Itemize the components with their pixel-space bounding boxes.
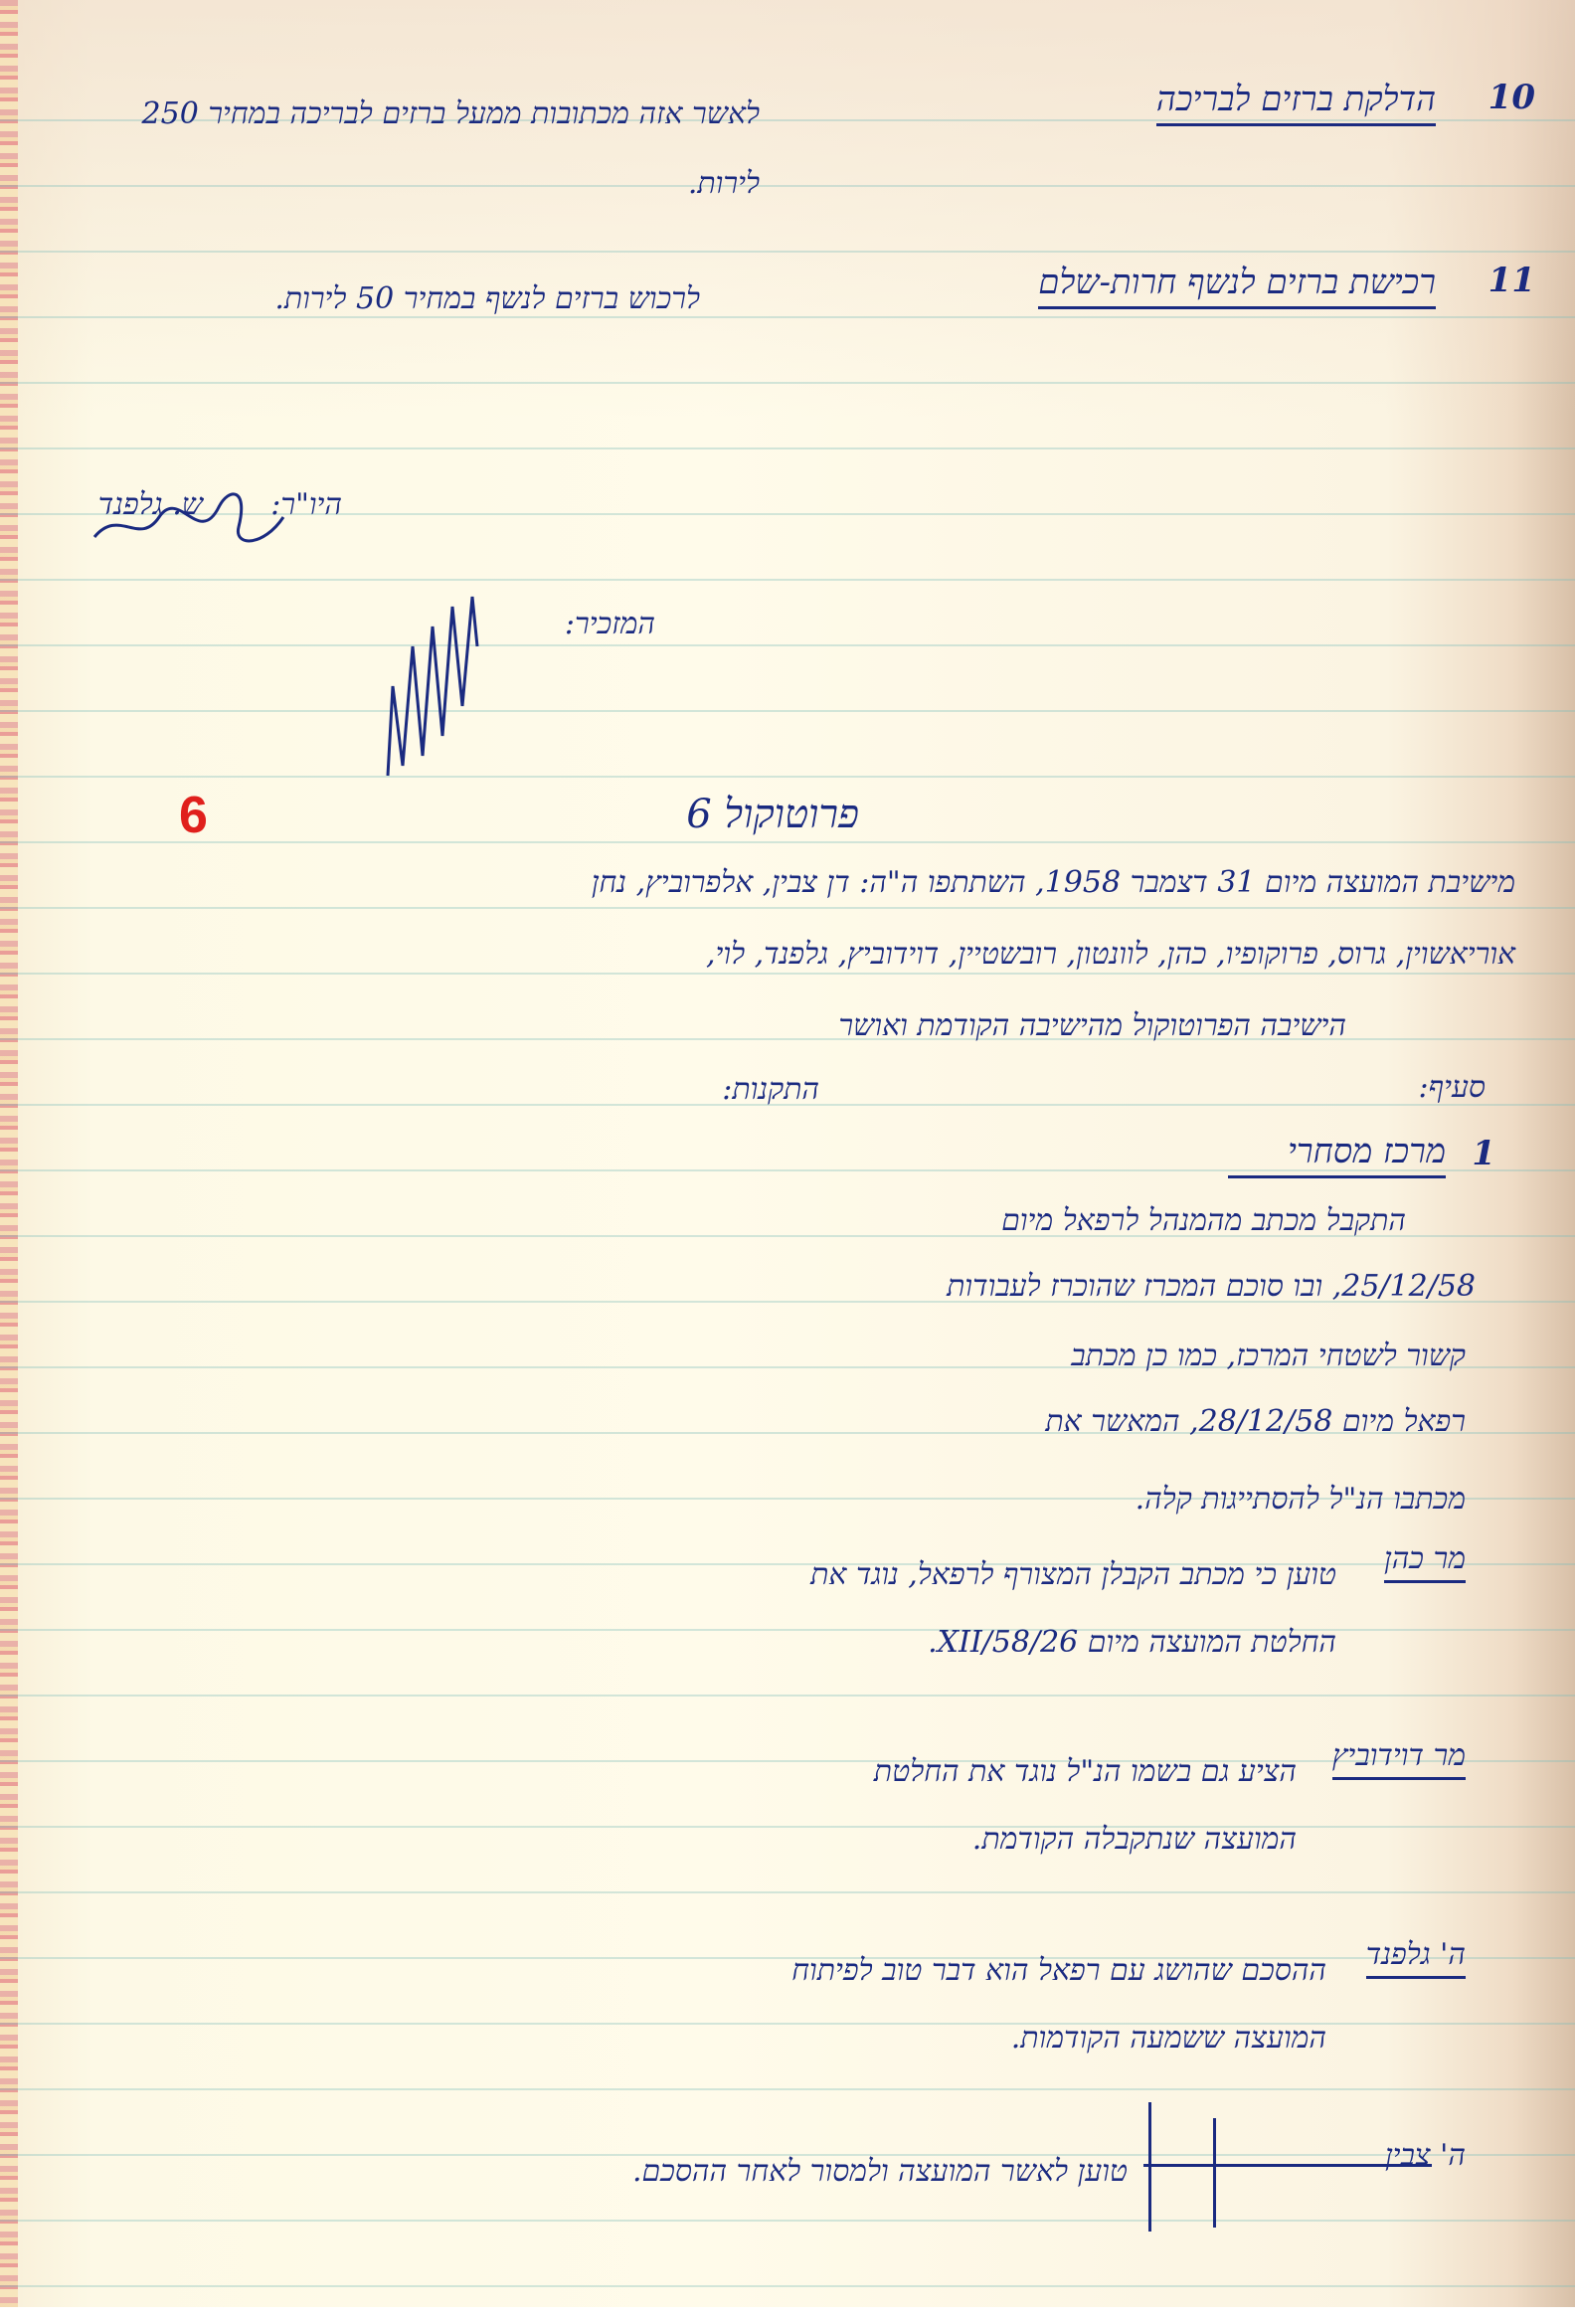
margin-rule-line — [1148, 2102, 1151, 2232]
remark-3-text: ההסכם שהושג עם רפאל הוא דבר טוב לפיתוח ה… — [770, 1937, 1326, 2072]
remark-4-text: טוען לאשר המועצה ולמסור לאחר ההסכם. — [571, 2138, 1128, 2206]
item-1-paragraph-3: קשור לשטחי המרכז, כמו כן מכתב — [1071, 1339, 1466, 1373]
remark-4-underline — [1143, 2164, 1432, 2167]
ruled-line — [0, 1891, 1575, 1893]
opening-line-4: התקנות: — [722, 1072, 819, 1107]
remark-4-speaker: ה' צבין — [1385, 2138, 1466, 2173]
margin-rule-line — [1213, 2118, 1216, 2228]
ruled-line — [0, 776, 1575, 778]
remark-1-text: טוען כי מכתב הקבלן המצורף לרפאל, נוגד את… — [780, 1541, 1336, 1677]
item-1-paragraph-5: מכתבו הנ"ל להסתייגות קלה. — [1136, 1482, 1466, 1517]
ruled-line — [0, 251, 1575, 253]
remark-3-speaker: ה' גלפנד — [1366, 1937, 1466, 1979]
item-1-paragraph-2: 25/12/58, ובו סוכם המכרז שהוכרז לעבודות — [947, 1269, 1476, 1304]
ruled-line — [0, 644, 1575, 646]
item-10-topic: הדלקת ברזים לבריכה — [1156, 80, 1436, 126]
scan-bottom-margin — [0, 2307, 1575, 2324]
protocol-title: פרוטוקול 6 — [686, 791, 859, 837]
ruled-line — [0, 579, 1575, 581]
item-11-decision: לרכוש ברזים לנשף במחיר 50 לירות. — [143, 265, 700, 334]
remark-1-speaker: מר כהן — [1384, 1541, 1466, 1583]
chair-signature-icon — [89, 477, 288, 557]
item-1-title: מרכז מסחרי — [1228, 1132, 1446, 1178]
opening-line-1: מישיבת המועצה מיום 31 דצמבר 1958, השתתפו… — [592, 865, 1515, 900]
notebook-binding-edge — [0, 0, 18, 2307]
item-10-decision: לאשר אזה מכתובות ממעל ברזים לבריכה במחיר… — [64, 80, 760, 219]
ruled-line — [0, 2088, 1575, 2090]
opening-line-3: הישיבה הפרוטוקול מהישיבה הקודמת ואושר — [838, 1008, 1346, 1043]
notebook-page: 10 הדלקת ברזים לבריכה לאשר אזה מכתובות מ… — [0, 0, 1575, 2307]
secretary-label: המזכיר: — [565, 607, 655, 641]
ruled-line — [0, 2220, 1575, 2222]
ruled-line — [0, 447, 1575, 449]
ruled-line — [0, 841, 1575, 843]
item-1-paragraph-4: רפאל מיום 28/12/58, המאשר את — [1045, 1404, 1466, 1439]
opening-line-2: אוריאשוין, גרוס, פרוקופיו, כהן, לוונטון,… — [706, 937, 1515, 972]
ruled-line — [0, 382, 1575, 384]
item-11-topic: רכישת ברזים לנשף חרות-שלם — [1038, 263, 1436, 309]
item-number-10: 10 — [1488, 78, 1535, 117]
item-number-11: 11 — [1488, 261, 1535, 300]
remark-2-speaker: מר דוידוביץ — [1332, 1738, 1466, 1780]
page-number: 6 — [179, 786, 208, 845]
agenda-label: סעיף: — [1418, 1070, 1486, 1105]
ruled-line — [0, 1695, 1575, 1697]
ruled-line — [0, 710, 1575, 712]
ruled-line — [0, 2285, 1575, 2287]
item-number-1: 1 — [1472, 1134, 1495, 1173]
secretary-signature-icon — [378, 587, 487, 786]
ruled-line — [0, 907, 1575, 909]
ruled-line — [0, 973, 1575, 975]
item-1-paragraph-1: התקבל מכתב מהמנהל לרפאל מיום — [1001, 1203, 1406, 1238]
remark-2-text: הציע גם בשמו הנ"ל נוגד את החלטת המועצה ש… — [780, 1738, 1297, 1874]
